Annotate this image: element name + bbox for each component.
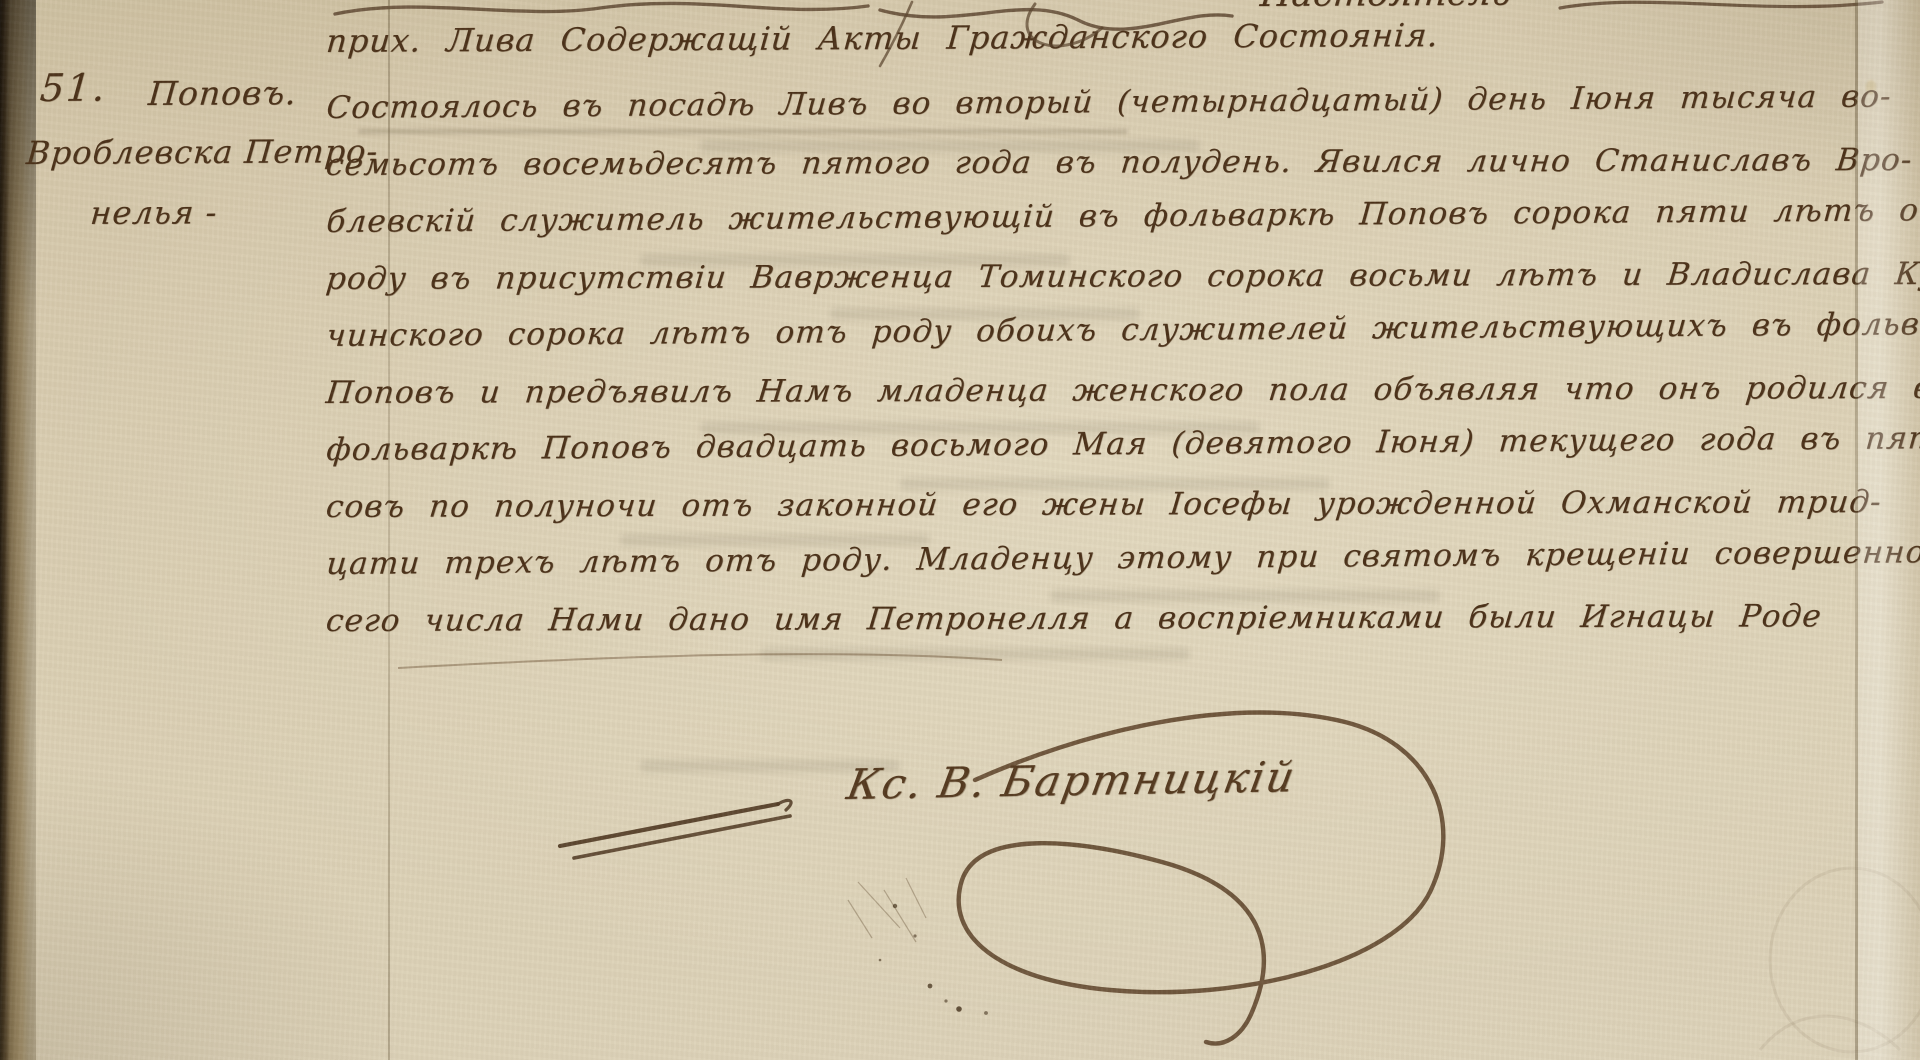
ghost-ruling-line [358, 129, 1128, 134]
right-margin-rule [1855, 0, 1858, 1060]
record-line-2: семьсотъ восемьдесятъ пятого года въ пол… [324, 142, 1914, 183]
record-line-1: Состоялось въ посадѣ Ливъ во вторый (чет… [325, 79, 1893, 126]
margin-entry-number: 51. [38, 66, 108, 110]
registrar-signature: Кс. В. Бартницкій [843, 752, 1300, 809]
margin-name-line-2: нелья - [89, 193, 219, 232]
record-line-10: сего числа Нами дано имя Петронелля а во… [324, 598, 1823, 639]
record-line-5: чинского сорока лѣтъ отъ роду обоихъ слу… [325, 306, 1920, 354]
record-line-8: совъ по полуночи отъ законной его жены І… [324, 484, 1883, 525]
registry-scan-page: 51. Поповъ. Вроблевска Петро- нелья - На… [0, 0, 1920, 1060]
header-continuation-line: прих. Лива Содержащій Акты Гражданского … [325, 16, 1440, 60]
record-line-6: Поповъ и предъявилъ Намъ младенца женско… [324, 370, 1920, 411]
record-line-3: блевскій служитель жительствующій въ фол… [325, 192, 1920, 240]
header-cropped-fragment: Настоятель [1259, 0, 1513, 15]
signature-lead-stroke [398, 654, 1002, 668]
ghost-smudge [760, 648, 1190, 660]
record-line-9: цати трехъ лѣтъ отъ роду. Младенцу этому… [325, 534, 1920, 582]
record-line-4: роду въ присутствіи Ваврженца Томинского… [324, 256, 1920, 297]
margin-entry-title: Поповъ. [147, 73, 299, 113]
margin-column-rule [388, 0, 390, 1060]
registrar-dash-mark [560, 800, 791, 858]
right-margin-strip [1858, 0, 1920, 1060]
record-line-7: фольваркѣ Поповъ двадцать восьмого Мая (… [325, 420, 1920, 468]
ink-speckles [848, 878, 988, 1015]
